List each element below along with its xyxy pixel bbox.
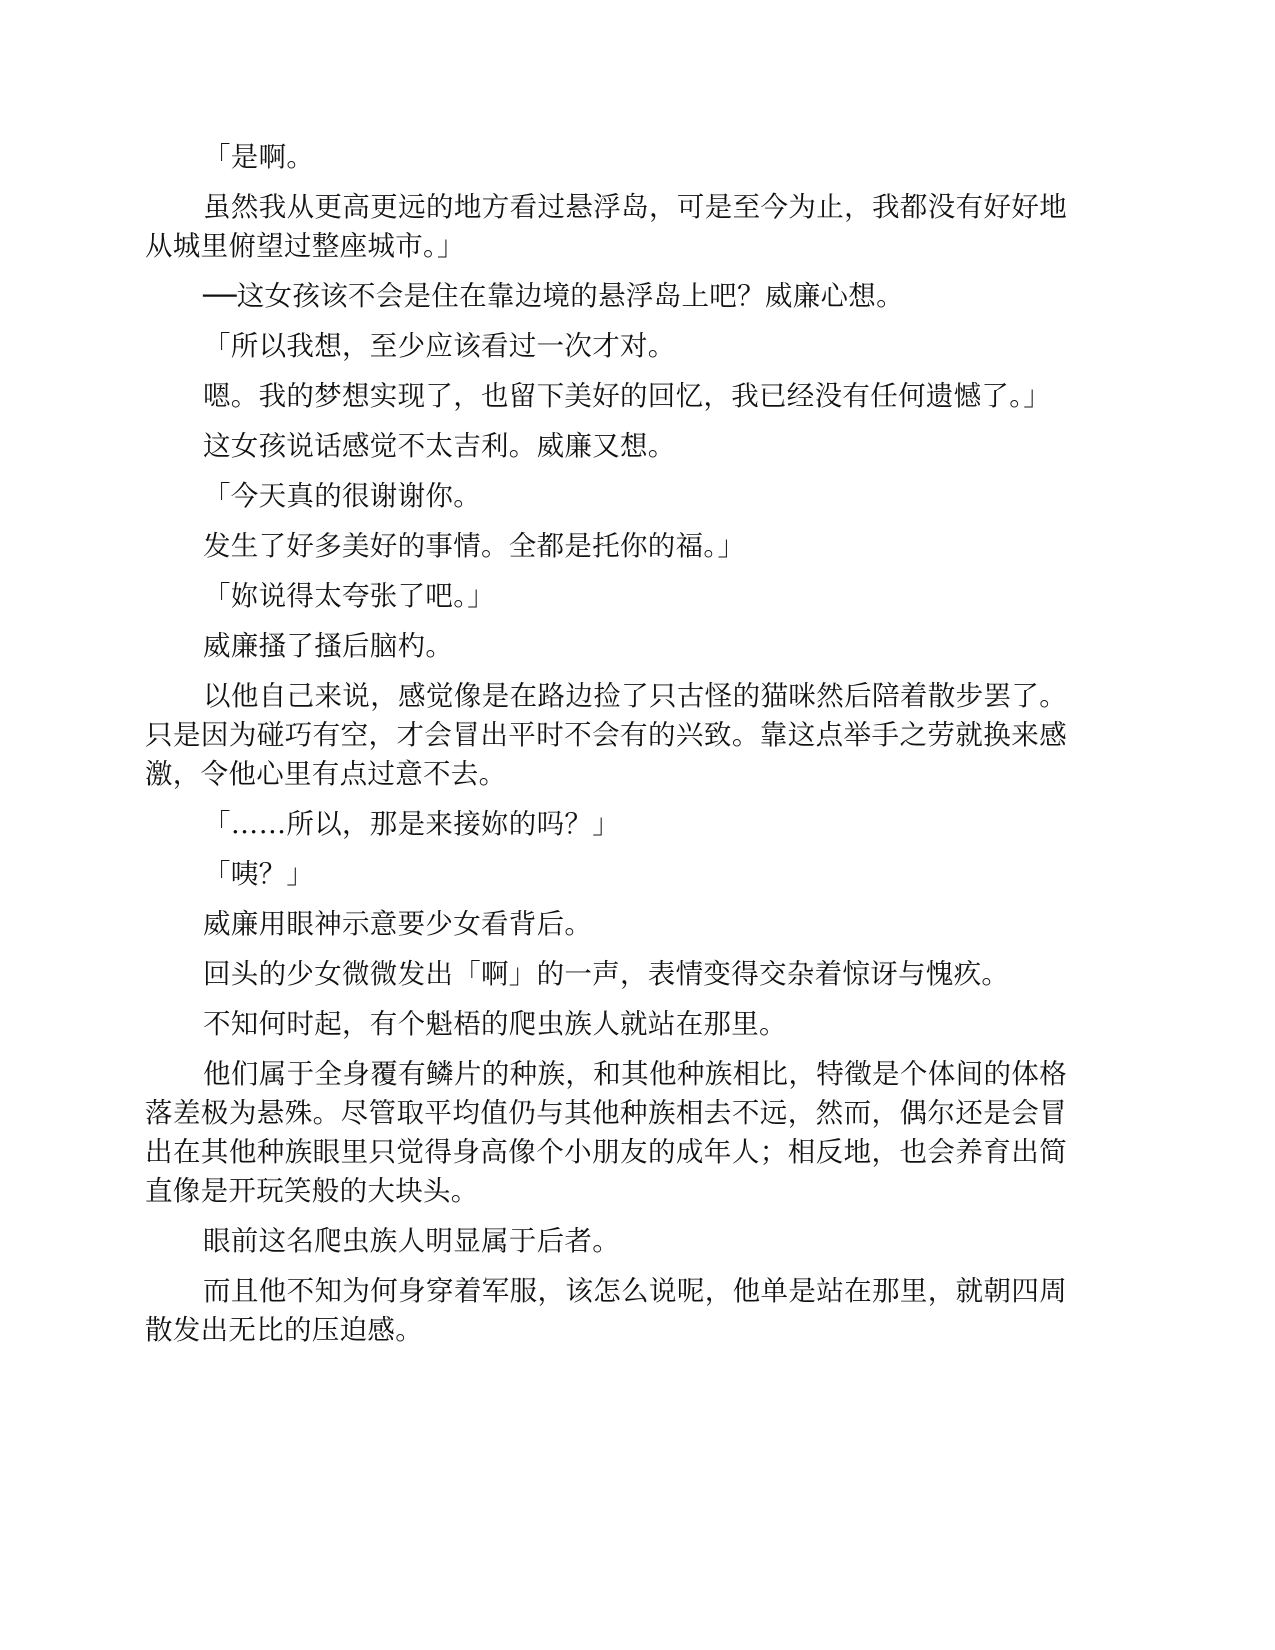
paragraph: 眼前这名爬虫族人明显属于后者。 [145,1222,1067,1261]
paragraph: 威廉搔了搔后脑杓。 [145,627,1067,666]
paragraph: 「今天真的很谢谢你。 [145,477,1067,516]
paragraph: 以他自己来说，感觉像是在路边捡了只古怪的猫咪然后陪着散步罢了。只是因为碰巧有空，… [145,677,1067,794]
paragraph: 不知何时起，有个魁梧的爬虫族人就站在那里。 [145,1005,1067,1044]
paragraph: 发生了好多美好的事情。全都是托你的福。」 [145,527,1067,566]
paragraph: 「是啊。 [145,138,1067,177]
paragraph: 虽然我从更高更远的地方看过悬浮岛，可是至今为止，我都没有好好地从城里俯望过整座城… [145,188,1067,266]
paragraph: 而且他不知为何身穿着军服，该怎么说呢，他单是站在那里，就朝四周散发出无比的压迫感… [145,1272,1067,1350]
document-page: 「是啊。 虽然我从更高更远的地方看过悬浮岛，可是至今为止，我都没有好好地从城里俯… [145,138,1067,1361]
paragraph: ──这女孩该不会是住在靠边境的悬浮岛上吧？威廉心想。 [145,277,1067,316]
paragraph: 「……所以，那是来接妳的吗？」 [145,805,1067,844]
paragraph: 他们属于全身覆有鳞片的种族，和其他种族相比，特徵是个体间的体格落差极为悬殊。尽管… [145,1055,1067,1211]
paragraph: 威廉用眼神示意要少女看背后。 [145,905,1067,944]
paragraph: 这女孩说话感觉不太吉利。威廉又想。 [145,427,1067,466]
paragraph: 「咦？」 [145,855,1067,894]
paragraph: 「所以我想，至少应该看过一次才对。 [145,327,1067,366]
paragraph: 「妳说得太夸张了吧。」 [145,577,1067,616]
paragraph: 回头的少女微微发出「啊」的一声，表情变得交杂着惊讶与愧疚。 [145,955,1067,994]
paragraph: 嗯。我的梦想实现了，也留下美好的回忆，我已经没有任何遗憾了。」 [145,377,1067,416]
